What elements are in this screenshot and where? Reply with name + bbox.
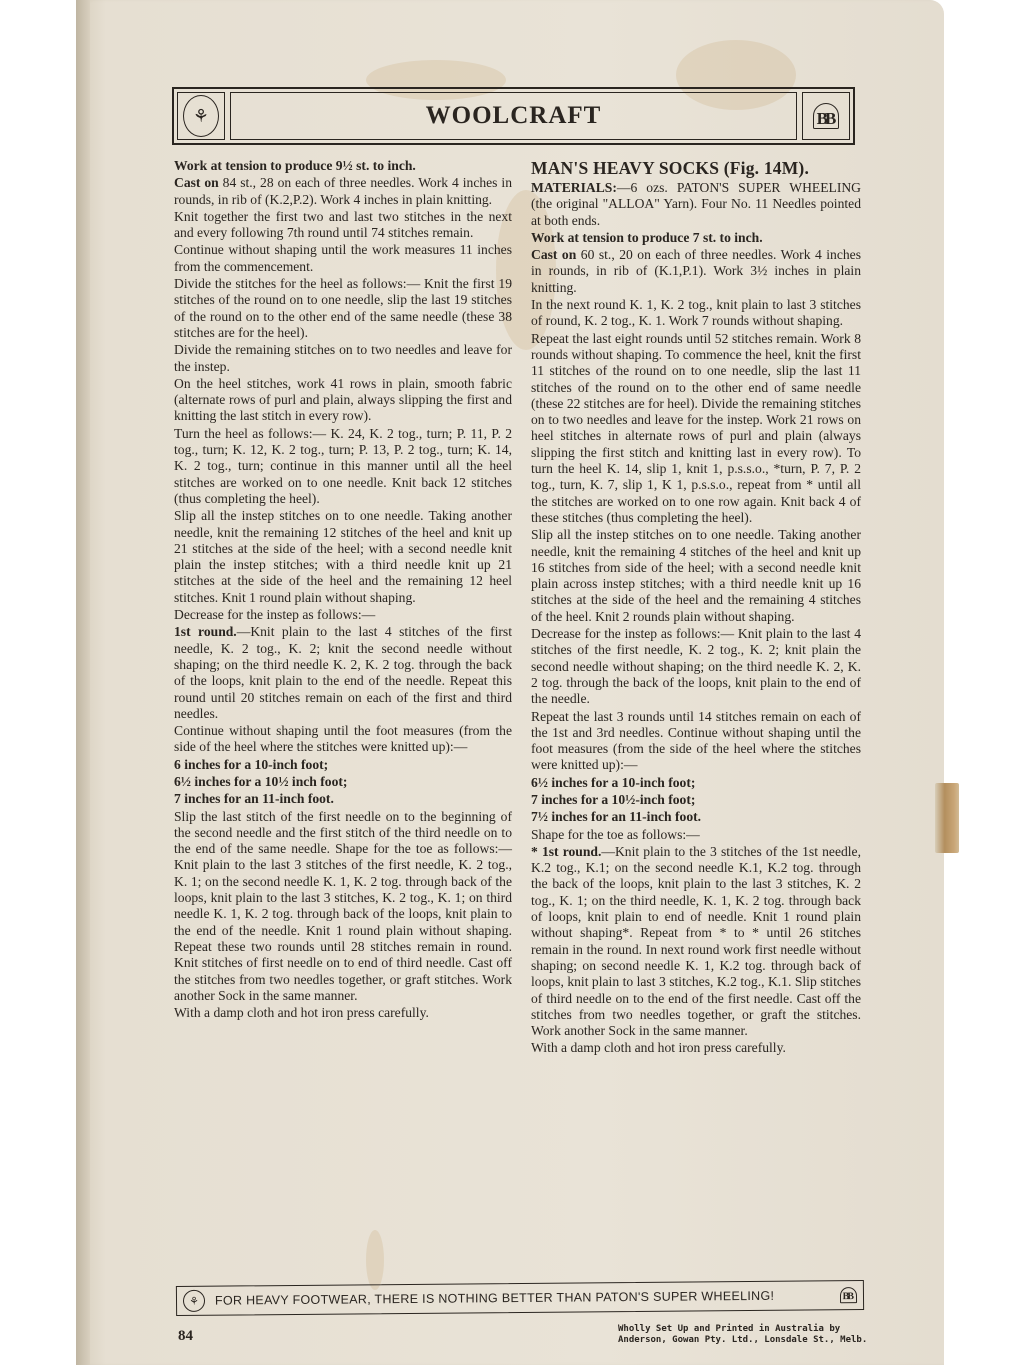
bold-lead: Work at tension to produce 9½ st. to inc… (174, 158, 416, 173)
paragraph-text: Divide the stitches for the heel as foll… (174, 276, 512, 340)
instruction-paragraph: Divide the remaining stitches on to two … (174, 342, 512, 375)
paragraph-text: On the heel stitches, work 41 rows in pl… (174, 376, 512, 424)
instruction-paragraph: MATERIALS:—6 ozs. PATON'S SUPER WHEELING… (531, 180, 861, 229)
instruction-paragraph: 6½ inches for a 10-inch foot; (531, 775, 861, 791)
instruction-paragraph: 1st round.—Knit plain to the last 4 stit… (174, 624, 512, 722)
instruction-paragraph: Work at tension to produce 9½ st. to inc… (174, 158, 512, 174)
water-stain (366, 1230, 384, 1290)
right-logo-box: BB (802, 92, 850, 140)
instruction-paragraph: Continue without shaping until the foot … (174, 723, 512, 756)
footer-slogan: FOR HEAVY FOOTWEAR, THERE IS NOTHING BET… (215, 1288, 830, 1307)
paragraph-text: Turn the heel as follows:— K. 24, K. 2 t… (174, 426, 512, 506)
paragraph-text: Slip all the instep stitches on to one n… (174, 508, 512, 604)
instruction-paragraph: Cast on 84 st., 28 on each of three need… (174, 175, 512, 208)
paragraph-text: With a damp cloth and hot iron press car… (531, 1040, 786, 1055)
figure-emblem-icon: ⚘ (183, 1290, 205, 1312)
header-banner: ⚘ WOOLCRAFT BB (172, 87, 855, 145)
instruction-paragraph: Slip all the instep stitches on to one n… (174, 508, 512, 606)
bold-lead: Cast on (174, 175, 219, 190)
footer-slogan-bar: ⚘ FOR HEAVY FOOTWEAR, THERE IS NOTHING B… (176, 1280, 864, 1316)
paragraph-text: Repeat the last eight rounds until 52 st… (531, 331, 861, 525)
instruction-paragraph: Divide the stitches for the heel as foll… (174, 276, 512, 341)
paragraph-text: 60 st., 20 on each of three needles. Wor… (531, 247, 861, 295)
bold-lead: Work at tension to produce 7 st. to inch… (531, 230, 763, 245)
instruction-paragraph: Continue without shaping until the work … (174, 242, 512, 275)
torn-tab (935, 783, 959, 853)
instruction-paragraph: With a damp cloth and hot iron press car… (531, 1040, 861, 1056)
bold-lead: 1st round. (174, 624, 237, 639)
instruction-paragraph: 7 inches for a 10½-inch foot; (531, 792, 861, 808)
instruction-paragraph: 6½ inches for a 10½ inch foot; (174, 774, 512, 790)
bold-lead: 7 inches for a 10½-inch foot; (531, 792, 695, 807)
page-title: WOOLCRAFT (426, 102, 602, 130)
instruction-paragraph: Decrease for the instep as follows:— (174, 607, 512, 623)
right-column: MAN'S HEAVY SOCKS (Fig. 14M). MATERIALS:… (531, 158, 861, 1058)
instruction-paragraph: On the heel stitches, work 41 rows in pl… (174, 376, 512, 425)
instruction-paragraph: Slip all the instep stitches on to one n… (531, 527, 861, 625)
paragraph-text: Shape for the toe as follows:— (531, 827, 700, 842)
paragraph-text: Continue without shaping until the work … (174, 242, 512, 273)
bold-lead: 7½ inches for an 11-inch foot. (531, 809, 701, 824)
printer-line-1: Wholly Set Up and Printed in Australia b… (618, 1324, 867, 1335)
instruction-paragraph: Turn the heel as follows:— K. 24, K. 2 t… (174, 426, 512, 507)
figure-emblem-icon: ⚘ (183, 95, 219, 137)
bold-lead: 7 inches for an 11-inch foot. (174, 791, 334, 806)
instruction-paragraph: Shape for the toe as follows:— (531, 827, 861, 843)
page-number: 84 (178, 1328, 193, 1345)
instruction-paragraph: Repeat the last 3 rounds until 14 stitch… (531, 709, 861, 774)
paragraph-text: Knit together the first two and last two… (174, 209, 512, 240)
paragraph-text: Slip all the instep stitches on to one n… (531, 527, 861, 623)
pattern-heading: MAN'S HEAVY SOCKS (Fig. 14M). (531, 158, 861, 178)
paragraph-text: Slip the last stitch of the first needle… (174, 809, 512, 1003)
instruction-paragraph: 7½ inches for an 11-inch foot. (531, 809, 861, 825)
paragraph-text: Divide the remaining stitches on to two … (174, 342, 512, 373)
bold-lead: MATERIALS: (531, 180, 617, 195)
bb-logo-icon: BB (813, 103, 840, 129)
paragraph-text: With a damp cloth and hot iron press car… (174, 1005, 429, 1020)
instruction-paragraph: Work at tension to produce 7 st. to inch… (531, 230, 861, 246)
bold-lead: Cast on (531, 247, 576, 262)
instruction-paragraph: Cast on 60 st., 20 on each of three need… (531, 247, 861, 296)
instruction-paragraph: 7 inches for an 11-inch foot. (174, 791, 512, 807)
bold-lead: 6½ inches for a 10-inch foot; (531, 775, 695, 790)
printer-line-2: Anderson, Gowan Pty. Ltd., Lonsdale St.,… (618, 1335, 867, 1346)
title-box: WOOLCRAFT (230, 92, 797, 140)
left-column: Work at tension to produce 9½ st. to inc… (174, 158, 512, 1022)
paragraph-text: Decrease for the instep as follows:— (174, 607, 375, 622)
instruction-paragraph: Decrease for the instep as follows:— Kni… (531, 626, 861, 707)
bold-lead: 6 inches for a 10-inch foot; (174, 757, 328, 772)
instruction-paragraph: 6 inches for a 10-inch foot; (174, 757, 512, 773)
bold-lead: * 1st round. (531, 844, 601, 859)
paragraph-text: Repeat the last 3 rounds until 14 stitch… (531, 709, 861, 773)
instruction-paragraph: Slip the last stitch of the first needle… (174, 809, 512, 1005)
right-column-body: MATERIALS:—6 ozs. PATON'S SUPER WHEELING… (531, 180, 861, 1057)
paragraph-text: 84 st., 28 on each of three needles. Wor… (174, 175, 512, 206)
paragraph-text: —Knit plain to the 3 stitches of the 1st… (531, 844, 861, 1038)
instruction-paragraph: In the next round K. 1, K. 2 tog., knit … (531, 297, 861, 330)
printer-credit: Wholly Set Up and Printed in Australia b… (618, 1324, 867, 1346)
left-logo-box: ⚘ (177, 92, 225, 140)
instruction-paragraph: With a damp cloth and hot iron press car… (174, 1005, 512, 1021)
paragraph-text: In the next round K. 1, K. 2 tog., knit … (531, 297, 861, 328)
instruction-paragraph: * 1st round.—Knit plain to the 3 stitche… (531, 844, 861, 1040)
bold-lead: 6½ inches for a 10½ inch foot; (174, 774, 347, 789)
bb-logo-icon: BB (840, 1287, 857, 1303)
instruction-paragraph: Repeat the last eight rounds until 52 st… (531, 331, 861, 527)
instruction-paragraph: Knit together the first two and last two… (174, 209, 512, 242)
paragraph-text: Decrease for the instep as follows:— Kni… (531, 626, 861, 706)
paragraph-text: Continue without shaping until the foot … (174, 723, 512, 754)
